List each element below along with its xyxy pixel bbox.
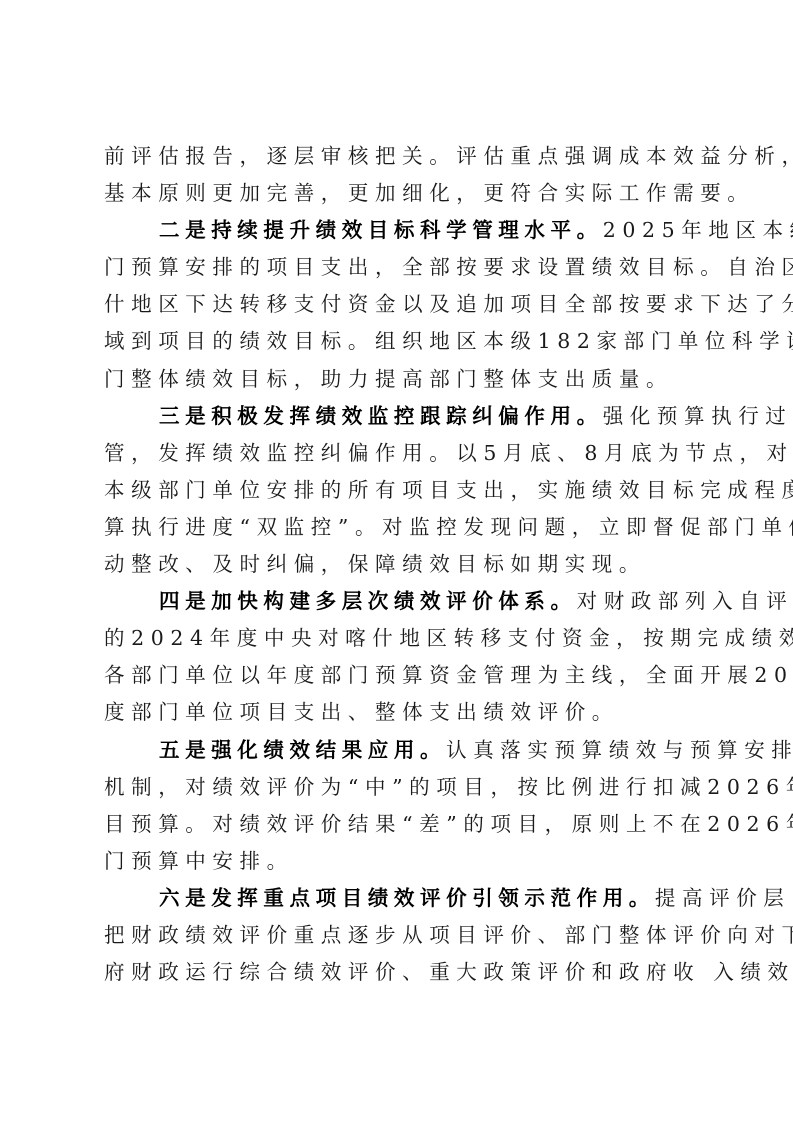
document-page: 前评估报告，逐层审核把关。评估重点强调成本效益分析，使得 基本原则更加完善，更加… (104, 138, 690, 991)
text-line: 域到项目的绩效目标。组织地区本级182家部门单位科学设置部 (104, 323, 690, 360)
text-line: 门预算中安排。 (104, 843, 690, 880)
text-line: 府财政运行综合绩效评价、重大政策评价和政府收 入绩效评价 (104, 954, 690, 991)
text-run: 2025年地区本级部 (603, 218, 793, 242)
text-line: 什地区下达转移支付资金以及追加项目全部按要求下达了分区 (104, 286, 690, 323)
paragraph-heading: 五是强化绩效结果应用。 (159, 738, 446, 762)
paragraph-heading: 二是持续提升绩效目标科学管理水平。 (159, 218, 603, 242)
text-line: 管，发挥绩效监控纠偏作用。以5月底、8月底为节点，对地区 (104, 435, 690, 472)
text-run: 认真落实预算绩效与预算安排挂钩 (446, 738, 793, 762)
paragraph-key-project-evaluation: 六是发挥重点项目绩效评价引领示范作用。提高评价层 次， 把财政绩效评价重点逐步从… (104, 880, 690, 991)
text-line-first: 六是发挥重点项目绩效评价引领示范作用。提高评价层 次， (104, 880, 690, 917)
text-line-first: 四是加快构建多层次绩效评价体系。对财政部列入自评范围 (104, 583, 690, 620)
text-line: 门整体绩效目标，助力提高部门整体支出质量。 (104, 361, 690, 398)
text-line: 的2024年度中央对喀什地区转移支付资金，按期完成绩效自评。 (104, 620, 690, 657)
text-run: 强化预算执行过程监 (603, 404, 793, 428)
paragraph-performance-monitoring: 三是积极发挥绩效监控跟踪纠偏作用。强化预算执行过程监 管，发挥绩效监控纠偏作用。… (104, 398, 690, 583)
text-line: 本级部门单位安排的所有项目支出，实施绩效目标完成程度和预 (104, 472, 690, 509)
text-line: 基本原则更加完善，更加细化，更符合实际工作需要。 (104, 175, 690, 212)
text-line: 把财政绩效评价重点逐步从项目评价、部门整体评价向对下级政 (104, 917, 690, 954)
text-run: 对财政部列入自评范围 (577, 589, 793, 613)
text-line: 算执行进度“双监控”。对监控发现问题，立即督促部门单位启 (104, 509, 690, 546)
paragraph-heading: 三是积极发挥绩效监控跟踪纠偏作用。 (159, 404, 603, 428)
paragraph-evaluation-system: 四是加快构建多层次绩效评价体系。对财政部列入自评范围 的2024年度中央对喀什地… (104, 583, 690, 731)
paragraph-heading: 四是加快构建多层次绩效评价体系。 (159, 589, 577, 613)
text-line: 目预算。对绩效评价结果“差”的项目，原则上不在2026年部 (104, 806, 690, 843)
text-line-first: 二是持续提升绩效目标科学管理水平。2025年地区本级部 (104, 212, 690, 249)
text-line: 门预算安排的项目支出，全部按要求设置绩效目标。自治区和喀 (104, 249, 690, 286)
text-line: 前评估报告，逐层审核把关。评估重点强调成本效益分析，使得 (104, 138, 690, 175)
text-run: 提高评价层 次， (655, 886, 793, 910)
paragraph-results-application: 五是强化绩效结果应用。认真落实预算绩效与预算安排挂钩 机制，对绩效评价为“中”的… (104, 732, 690, 880)
paragraph-performance-targets: 二是持续提升绩效目标科学管理水平。2025年地区本级部 门预算安排的项目支出，全… (104, 212, 690, 397)
text-line: 机制，对绩效评价为“中”的项目，按比例进行扣减2026年项 (104, 769, 690, 806)
text-line-first: 三是积极发挥绩效监控跟踪纠偏作用。强化预算执行过程监 (104, 398, 690, 435)
text-line-first: 五是强化绩效结果应用。认真落实预算绩效与预算安排挂钩 (104, 732, 690, 769)
text-line: 动整改、及时纠偏，保障绩效目标如期实现。 (104, 546, 690, 583)
text-line: 各部门单位以年度部门预算资金管理为主线，全面开展2025年 (104, 657, 690, 694)
paragraph-continuation: 前评估报告，逐层审核把关。评估重点强调成本效益分析，使得 基本原则更加完善，更加… (104, 138, 690, 212)
text-line: 度部门单位项目支出、整体支出绩效评价。 (104, 694, 690, 731)
paragraph-heading: 六是发挥重点项目绩效评价引领示范作用。 (159, 886, 655, 910)
